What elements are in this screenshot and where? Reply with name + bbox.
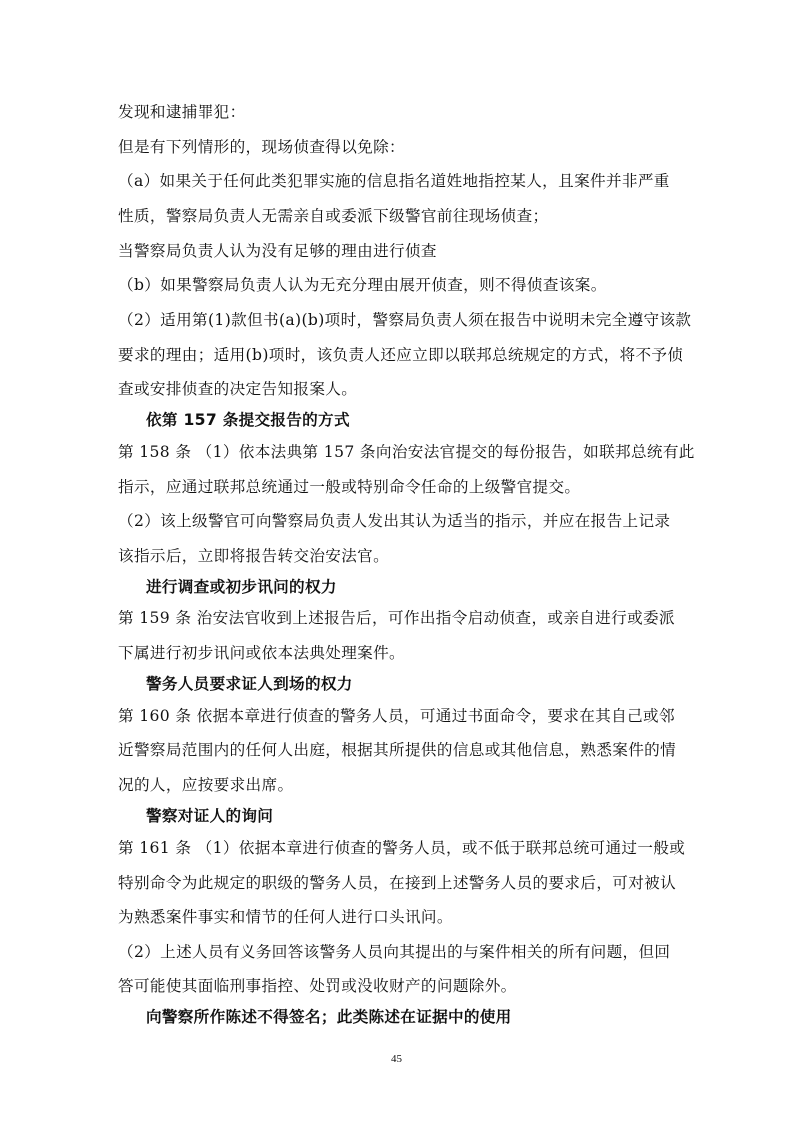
section-heading: 向警察所作陈述不得签名；此类陈述在证据中的使用	[146, 1007, 716, 1027]
section-heading: 警务人员要求证人到场的权力	[146, 674, 716, 694]
body-text-line: （2）上述人员有义务回答该警务人员向其提出的与案件相关的所有问题，但回	[118, 942, 688, 962]
body-text-line: 第 160 条 依据本章进行侦查的警务人员，可通过书面命令，要求在其自己或邻	[118, 706, 688, 726]
document-page: 45 发现和逮捕罪犯：但是有下列情形的，现场侦查得以免除：（a）如果关于任何此类…	[0, 0, 793, 1122]
body-text-line: 当警察局负责人认为没有足够的理由进行侦查	[118, 241, 688, 261]
body-text-line: 况的人，应按要求出席。	[118, 775, 688, 795]
body-text-line: 该指示后，立即将报告转交治安法官。	[118, 546, 688, 566]
body-text-line: 性质，警察局负责人无需亲自或委派下级警官前往现场侦查；	[118, 206, 688, 226]
body-text-line: 第 158 条 （1）依本法典第 157 条向治安法官提交的每份报告，如联邦总统…	[118, 442, 688, 462]
section-heading: 依第 157 条提交报告的方式	[146, 410, 716, 430]
body-text-line: 特别命令为此规定的职级的警务人员，在接到上述警务人员的要求后，可对被认	[118, 873, 688, 893]
section-heading: 警察对证人的询问	[146, 806, 716, 826]
body-text-line: （a）如果关于任何此类犯罪实施的信息指名道姓地指控某人，且案件并非严重	[118, 171, 688, 191]
body-text-line: 为熟悉案件事实和情节的任何人进行口头讯问。	[118, 907, 688, 927]
body-text-line: 答可能使其面临刑事指控、处罚或没收财产的问题除外。	[118, 976, 688, 996]
body-text-line: 第 161 条 （1）依据本章进行侦查的警务人员，或不低于联邦总统可通过一般或	[118, 838, 688, 858]
body-text-line: （2）适用第(1)款但书(a)(b)项时，警察局负责人须在报告中说明未完全遵守该…	[118, 310, 688, 330]
body-text-line: 第 159 条 治安法官收到上述报告后，可作出指令启动侦查，或亲自进行或委派	[118, 608, 688, 628]
body-text-line: 下属进行初步讯问或依本法典处理案件。	[118, 643, 688, 663]
body-text-line: 发现和逮捕罪犯：	[118, 102, 688, 122]
body-text-line: 查或安排侦查的决定告知报案人。	[118, 379, 688, 399]
body-text-line: 要求的理由；适用(b)项时，该负责人还应立即以联邦总统规定的方式，将不予侦	[118, 345, 688, 365]
body-text-line: 指示，应通过联邦总统通过一般或特别命令任命的上级警官提交。	[118, 477, 688, 497]
body-text-line: （2）该上级警官可向警察局负责人发出其认为适当的指示，并应在报告上记录	[118, 511, 688, 531]
body-text-line: 但是有下列情形的，现场侦查得以免除：	[118, 137, 688, 157]
section-heading: 进行调查或初步讯问的权力	[146, 577, 716, 597]
body-text-line: 近警察局范围内的任何人出庭，根据其所提供的信息或其他信息，熟悉案件的情	[118, 740, 688, 760]
page-number: 45	[0, 1053, 793, 1065]
body-text-line: （b）如果警察局负责人认为无充分理由展开侦查，则不得侦查该案。	[118, 275, 688, 295]
